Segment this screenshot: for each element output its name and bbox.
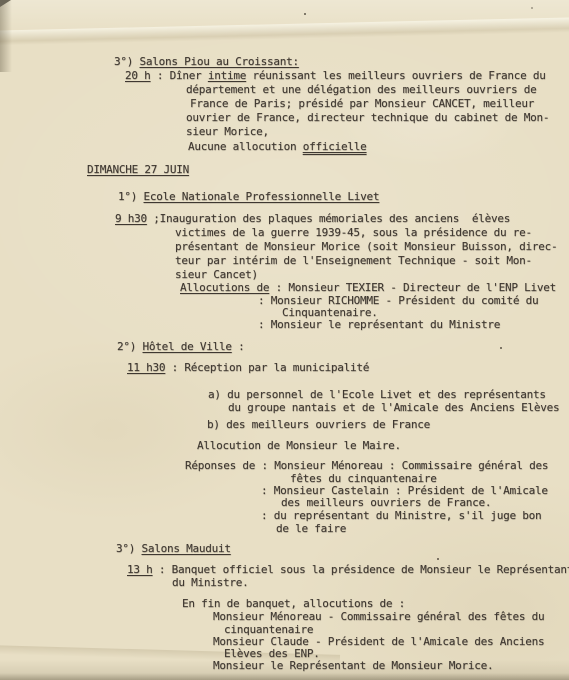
- document-line: 20 h : Dîner intime réunissant les meill…: [125, 69, 546, 82]
- document-line: : Monsieur le représentant du Ministre: [258, 318, 500, 331]
- text-run: ;Inauguration des plaques mémoriales des…: [147, 212, 510, 225]
- document-line: En fin de banquet, allocutions de :: [182, 597, 405, 610]
- text-run: présentant de Monsieur Morice (soit Mons…: [175, 240, 557, 253]
- document-line: 3°) Salons Piou au Croissant:: [114, 55, 299, 68]
- underlined-text-run: 20 h: [125, 69, 151, 82]
- underlined-text-run: Allocutions de: [180, 281, 269, 294]
- underlined-text-run: Salons Mauduit: [142, 542, 231, 555]
- text-run: 1°): [118, 190, 144, 203]
- text-run: En fin de banquet, allocutions de :: [182, 597, 405, 610]
- underlined-text-run: 11 h30: [127, 361, 165, 374]
- text-run: : Réception par la municipalité: [165, 361, 369, 374]
- document-line: 1°) Ecole Nationale Professionnelle Live…: [118, 190, 379, 203]
- document-line: ouvrier de France, directeur technique d…: [186, 111, 549, 124]
- document-line: 9 h30 ;Inauguration des plaques mémorial…: [115, 212, 510, 225]
- document-line: DIMANCHE 27 JUIN: [87, 163, 189, 176]
- text-run: du groupe nantais et de l'Amicale des An…: [228, 401, 559, 414]
- paper-edge-shadow-bottom: [0, 673, 569, 680]
- document-line: du groupe nantais et de l'Amicale des An…: [228, 401, 559, 414]
- text-run: : Dîner: [151, 69, 208, 82]
- text-run: 3°): [116, 542, 142, 555]
- text-run: des meilleurs ouvriers de France.: [281, 496, 491, 509]
- document-line: des meilleurs ouvriers de France.: [281, 496, 491, 509]
- underlined-text-run: 13 h: [127, 563, 153, 576]
- text-run: : Banquet officiel sous la présidence de…: [153, 563, 569, 576]
- text-run: 3°): [114, 55, 140, 68]
- text-run: département et une délégation des meille…: [186, 83, 537, 96]
- ink-speck: [304, 13, 306, 15]
- text-run: a) du personnel de l'Ecole Livet et des …: [208, 388, 546, 401]
- ink-speck: [531, 7, 533, 9]
- document-line: 2°) Hôtel de Ville :: [117, 340, 244, 353]
- document-line: 13 h : Banquet officiel sous la présiden…: [127, 563, 569, 576]
- underlined-text-run: Hôtel de Ville: [143, 340, 232, 353]
- paper-fold-crease-top: [0, 17, 569, 45]
- document-line: : du représentant du Ministre, s'il juge…: [261, 509, 541, 522]
- text-run: teur par intérim de l'Enseignement Techn…: [175, 254, 532, 267]
- text-run: sieur Cancet): [175, 268, 258, 281]
- underlined-text-run: Salons Piou au Croissant:: [140, 55, 299, 68]
- text-run: 2°): [117, 340, 143, 353]
- ink-speck: [437, 558, 439, 560]
- text-run: Monsieur le Représentant de Monsieur Mor…: [213, 659, 493, 672]
- text-run: : du représentant du Ministre, s'il juge…: [261, 509, 541, 522]
- document-line: 3°) Salons Mauduit: [116, 542, 231, 555]
- ink-speck: [500, 347, 502, 349]
- underlined-text-run: Ecole Nationale Professionnelle Livet: [144, 190, 380, 203]
- document-line: victimes de la guerre 1939-45, sous la p…: [175, 226, 532, 239]
- paper-edge-shadow-left: [0, 0, 12, 72]
- text-run: sieur Morice,: [186, 125, 269, 138]
- text-run: victimes de la guerre 1939-45, sous la p…: [175, 226, 532, 239]
- text-run: Monsieur Ménoreau - Commissaire général …: [213, 610, 544, 623]
- document-line: Allocutions de : Monsieur TEXIER - Direc…: [180, 281, 556, 294]
- document-line: b) des meilleurs ouvriers de France: [207, 418, 430, 431]
- text-run: :: [232, 340, 245, 353]
- document-line: a) du personnel de l'Ecole Livet et des …: [208, 388, 546, 401]
- document-line: Monsieur Ménoreau - Commissaire général …: [213, 610, 544, 623]
- underlined-text-run: officielle: [303, 140, 367, 153]
- document-line: sieur Morice,: [186, 125, 269, 138]
- text-run: ouvrier de France, directeur technique d…: [186, 111, 549, 124]
- text-run: Réponses de : Monsieur Ménoreau : Commis…: [185, 459, 548, 472]
- document-line: département et une délégation des meille…: [186, 83, 537, 96]
- document-line: Monsieur le Représentant de Monsieur Mor…: [213, 659, 493, 672]
- document-line: Allocution de Monsieur le Maire.: [197, 439, 401, 452]
- text-run: b) des meilleurs ouvriers de France: [207, 418, 430, 431]
- document-line: de le faire: [276, 522, 346, 535]
- document-line: présentant de Monsieur Morice (soit Mons…: [175, 240, 557, 253]
- document-line: sieur Cancet): [175, 268, 258, 281]
- text-run: Allocution de Monsieur le Maire.: [197, 439, 401, 452]
- document-line: teur par intérim de l'Enseignement Techn…: [175, 254, 532, 267]
- text-run: Aucune allocution: [188, 140, 303, 153]
- text-run: réunissant les meilleurs ouvriers de Fra…: [246, 69, 546, 82]
- underlined-text-run: 9 h30: [115, 212, 147, 225]
- text-run: France de Paris; présidé par Monsieur CA…: [190, 97, 534, 110]
- underlined-text-run: intime: [208, 69, 246, 82]
- document-line: du Ministre.: [172, 576, 248, 589]
- underlined-text-run: DIMANCHE 27 JUIN: [87, 163, 189, 176]
- text-run: : Monsieur le représentant du Ministre: [258, 318, 500, 331]
- document-line: 11 h30 : Réception par la municipalité: [127, 361, 369, 374]
- document-page: 3°) Salons Piou au Croissant:20 h : Dîne…: [0, 0, 569, 680]
- text-run: de le faire: [276, 522, 346, 535]
- text-run: du Ministre.: [172, 576, 248, 589]
- document-line: Aucune allocution officielle: [188, 140, 366, 153]
- text-run: : Monsieur TEXIER - Directeur de l'ENP L…: [269, 281, 556, 294]
- document-line: France de Paris; présidé par Monsieur CA…: [190, 97, 534, 110]
- document-line: Réponses de : Monsieur Ménoreau : Commis…: [185, 459, 548, 472]
